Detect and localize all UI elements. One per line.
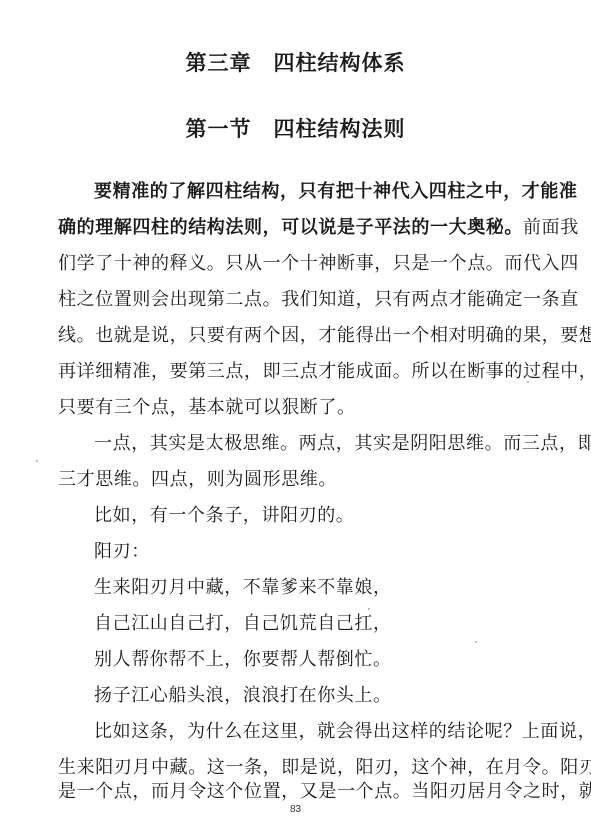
paragraph-1-line-7: 只要有三个点，基本就可以狠断了。 <box>58 396 558 420</box>
paragraph-1-line-5: 线。也就是说，只要有两个因，才能得出一个相对明确的果，要想 <box>58 324 558 348</box>
paragraph-1-line-2: 确的理解四柱的结构法则，可以说是子平法的一大奥秘。前面我 <box>58 216 558 240</box>
verse-line-4: 扬子江心船头浪，浪浪打在你头上。 <box>94 684 591 708</box>
paragraph-4-line-1: 比如这条，为什么在这里，就会得出这样的结论呢？上面说， <box>94 720 591 744</box>
paragraph-1-line-2-rest: 前面我 <box>523 217 579 238</box>
paragraph-2-line-1: 一点，其实是太极思维。两点，其实是阴阳思维。而三点，即 <box>94 432 591 456</box>
paragraph-4-line-3: 是一个点，而月令这个位置，又是一个点。当阳刃居月令之时，就 <box>58 780 558 804</box>
scan-speck <box>36 460 38 462</box>
verse-heading: 阳刃： <box>94 540 591 564</box>
scan-speck <box>368 608 370 610</box>
scan-speck <box>475 641 477 643</box>
verse-line-1: 生来阳刃月中藏，不靠爹来不靠娘， <box>94 576 591 600</box>
paragraph-3-line-1: 比如，有一个条子，讲阳刃的。 <box>94 504 591 528</box>
scan-speck <box>527 381 529 383</box>
verse-line-3: 别人帮你帮不上，你要帮人帮倒忙。 <box>94 648 591 672</box>
section-title: 第一节 四柱结构法则 <box>0 113 591 143</box>
paragraph-1-line-6: 再详细精准，要第三点，即三点才能成面。所以在断事的过程中， <box>58 360 558 384</box>
paragraph-1-line-4: 柱之位置则会出现第二点。我们知道，只有两点才能确定一条直 <box>58 288 558 312</box>
paragraph-4-line-2: 生来阳刃月中藏。这一条，即是说，阳刃，这个神，在月令。阳刃 <box>58 756 558 780</box>
paragraph-1-line-3: 们学了十神的释义。只从一个十神断事，只是一个点。而代入四 <box>58 252 558 276</box>
page-number: 83 <box>0 804 591 815</box>
document-page: 第三章 四柱结构体系 第一节 四柱结构法则 要精准的了解四柱结构，只有把十神代入… <box>0 0 591 837</box>
chapter-title: 第三章 四柱结构体系 <box>0 47 591 77</box>
paragraph-2-line-2: 三才思维。四点，则为圆形思维。 <box>58 468 558 492</box>
paragraph-1-line-2-bold: 确的理解四柱的结构法则，可以说是子平法的一大奥秘。 <box>58 217 523 238</box>
verse-line-2: 自己江山自己打，自己饥荒自己扛， <box>94 612 591 636</box>
paragraph-1-line-1: 要精准的了解四柱结构，只有把十神代入四柱之中，才能准 <box>94 180 591 204</box>
